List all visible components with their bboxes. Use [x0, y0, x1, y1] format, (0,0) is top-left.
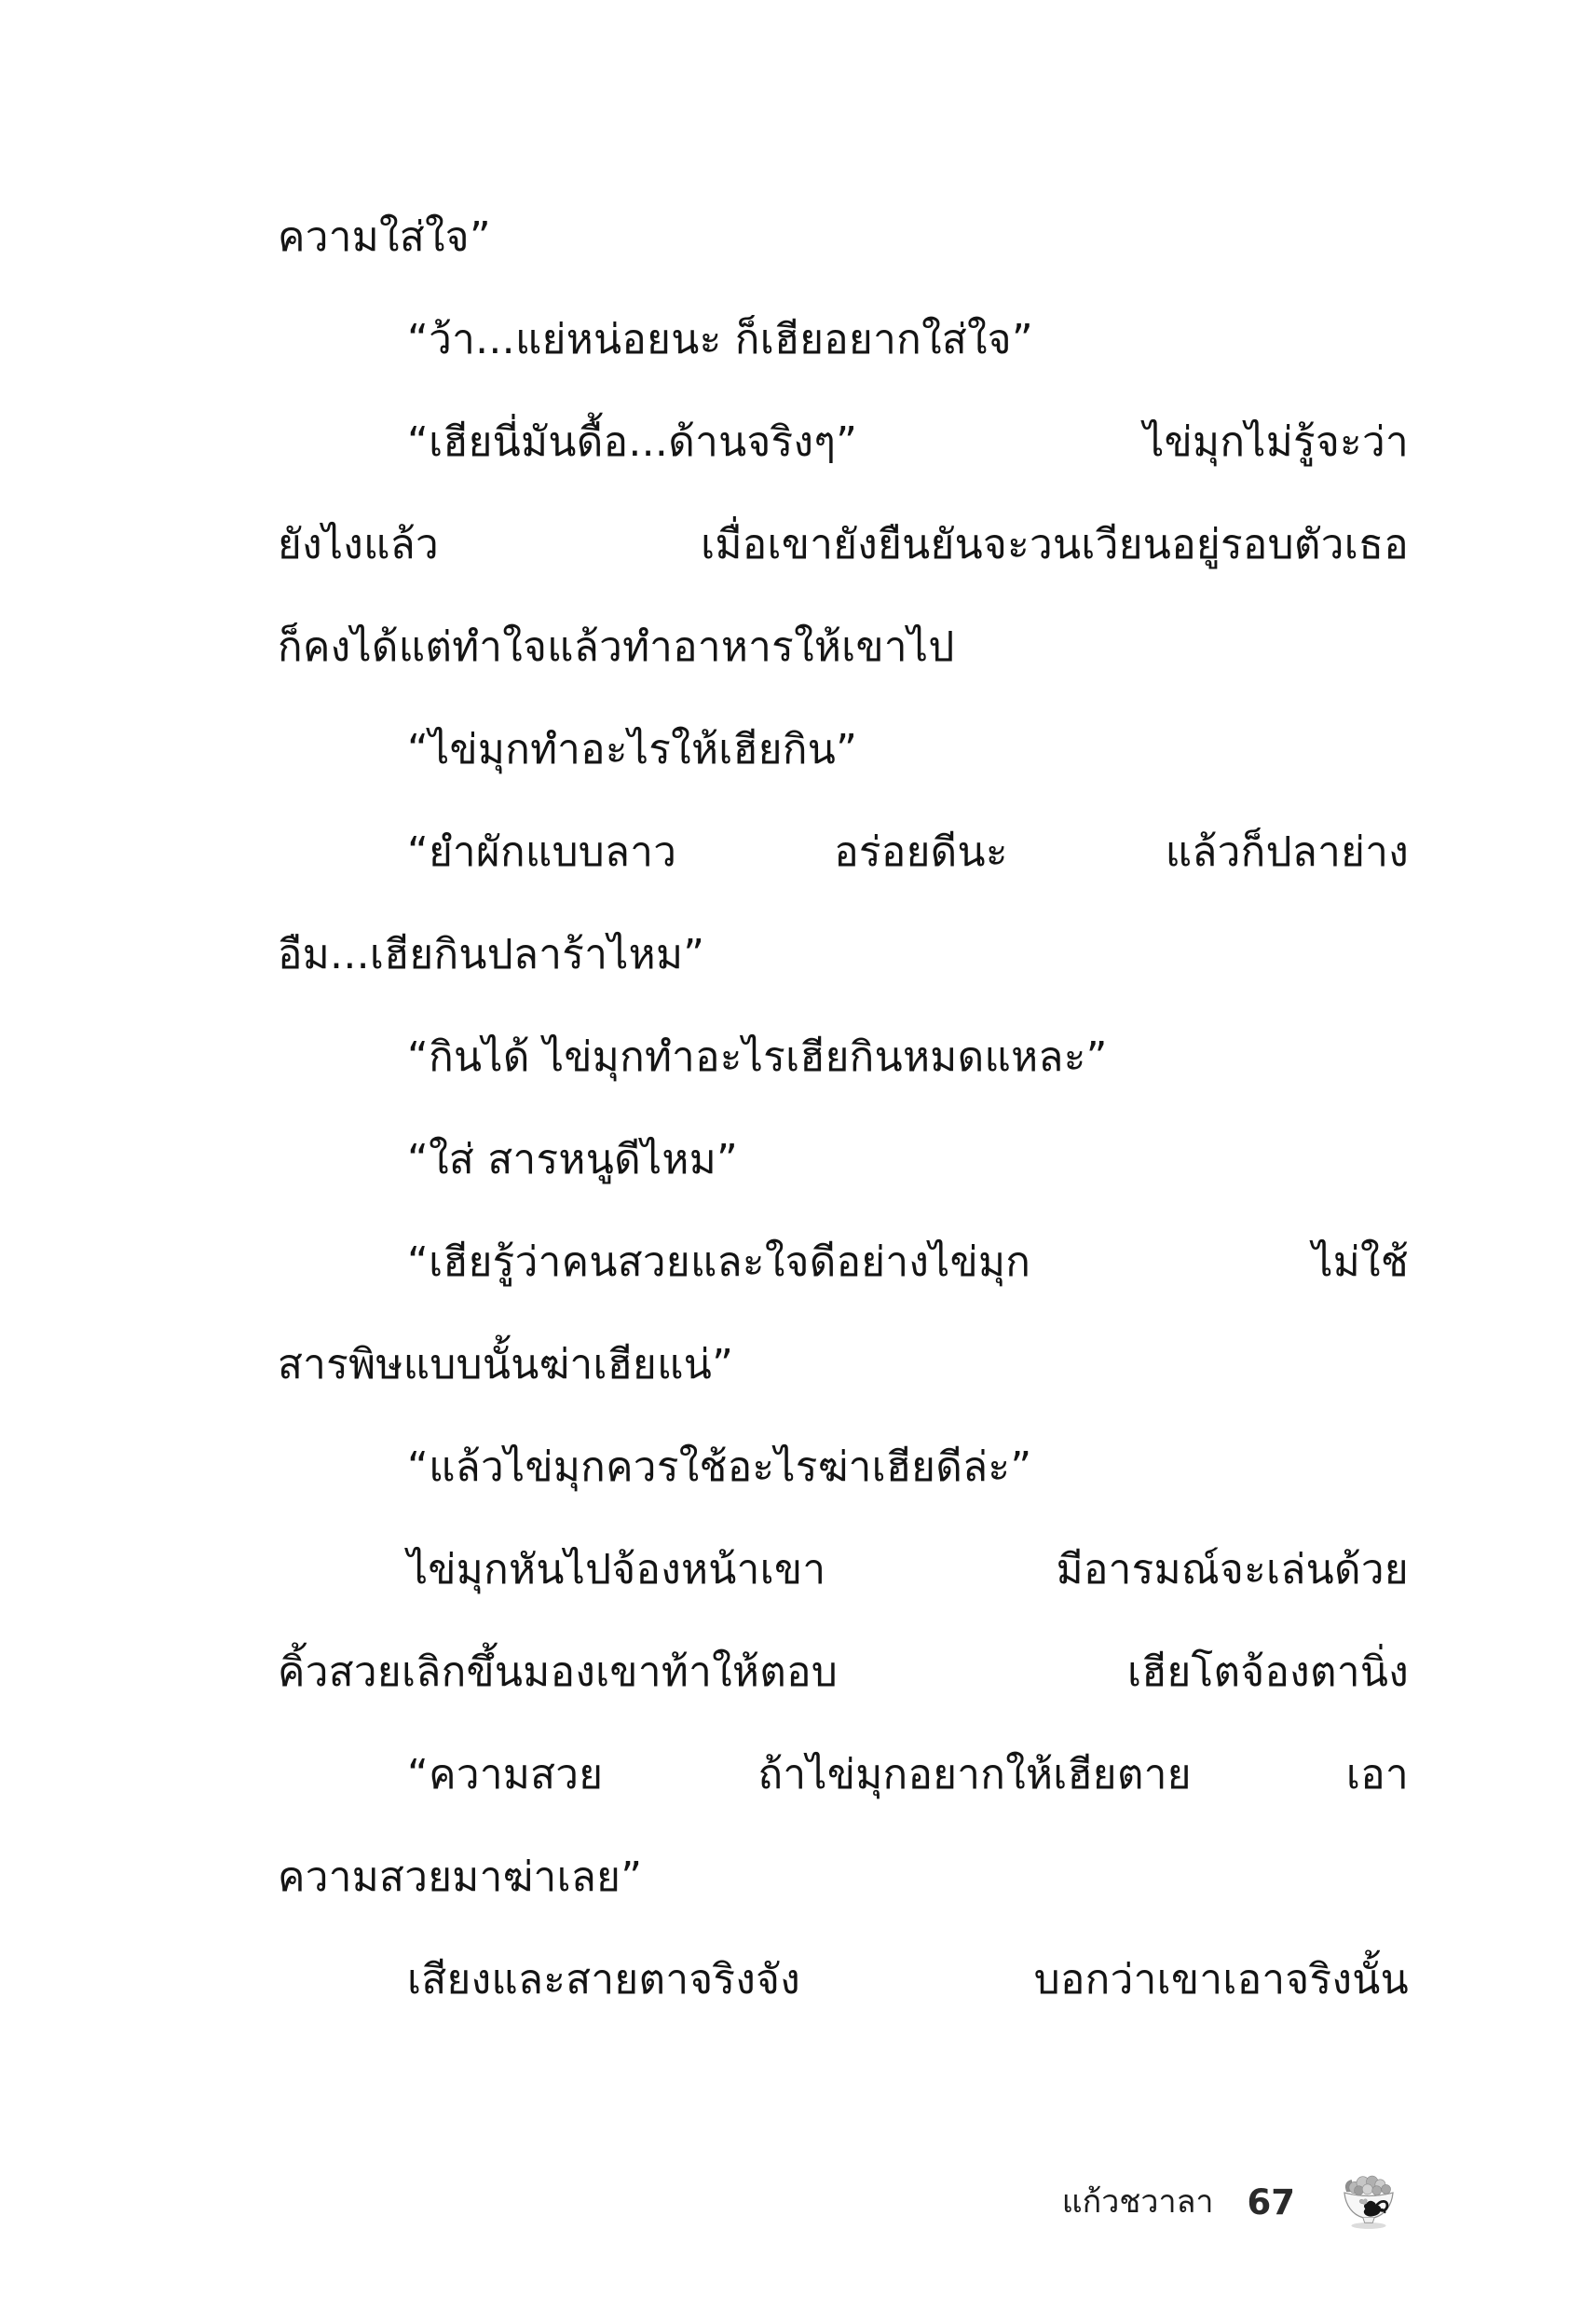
text-line: ความใส่ใจ”: [278, 186, 1409, 289]
text-line: “ใส่ สารหนูดีไหม”: [278, 1109, 1409, 1211]
text-line: ก็คงได้แต่ทำใจแล้วทำอาหารให้เขาไป: [278, 596, 1409, 699]
book-page: ความใส่ใจ” “ว้า...แย่หน่อยนะ ก็เฮียอยากใ…: [0, 0, 1596, 2311]
text-line: “ไข่มุกทำอะไรให้เฮียกิน”: [278, 699, 1409, 801]
text-line: สารพิษแบบนั้นฆ่าเฮียแน่”: [278, 1314, 1409, 1416]
page-footer: แก้วชวาลา 67: [1062, 2160, 1398, 2244]
text-line: เสียงและสายตาจริงจัง บอกว่าเขาเอาจริงนั้…: [278, 1929, 1409, 2031]
rooster-noodle-bowl-icon: [1340, 2163, 1398, 2241]
text-line: “แล้วไข่มุกควรใช้อะไรฆ่าเฮียดีล่ะ”: [278, 1416, 1409, 1519]
text-line: “เฮียนี่มันดื้อ...ด้านจริงๆ” ไข่มุกไม่รู…: [278, 391, 1409, 494]
text-line: ไข่มุกหันไปจ้องหน้าเขา มีอารมณ์จะเล่นด้ว…: [278, 1519, 1409, 1621]
text-line: คิ้วสวยเลิกขึ้นมองเขาท้าให้ตอบ เฮียโตจ้อ…: [278, 1621, 1409, 1724]
book-title: แก้วชวาลา: [1062, 2160, 1214, 2244]
text-line: “ความสวย ถ้าไข่มุกอยากให้เฮียตาย เอา: [278, 1724, 1409, 1826]
text-line: “ว้า...แย่หน่อยนะ ก็เฮียอยากใส่ใจ”: [278, 289, 1409, 391]
text-line: “กินได้ ไข่มุกทำอะไรเฮียกินหมดแหละ”: [278, 1006, 1409, 1109]
text-line: “เฮียรู้ว่าคนสวยและใจดีอย่างไข่มุก ไม่ใช…: [278, 1211, 1409, 1314]
page-number: 67: [1248, 2182, 1296, 2222]
text-line: ยังไงแล้ว เมื่อเขายังยืนยันจะวนเวียนอยู่…: [278, 494, 1409, 596]
text-line: อืม...เฮียกินปลาร้าไหม”: [278, 904, 1409, 1006]
text-line: ความสวยมาฆ่าเลย”: [278, 1826, 1409, 1929]
body-text: ความใส่ใจ” “ว้า...แย่หน่อยนะ ก็เฮียอยากใ…: [278, 186, 1409, 2031]
text-line: “ยำผักแบบลาว อร่อยดีนะ แล้วก็ปลาย่าง: [278, 801, 1409, 904]
